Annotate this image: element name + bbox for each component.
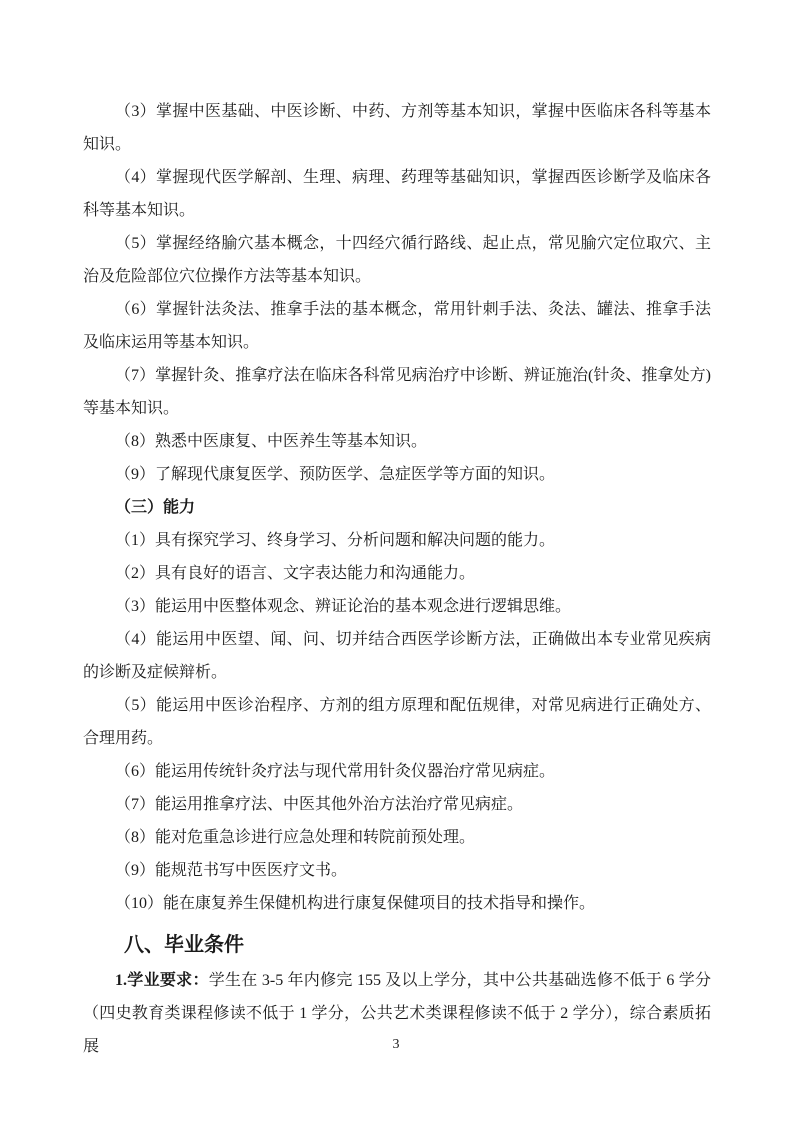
page-number: 3 [0,1034,792,1056]
paragraph-ability-8: （8）能对危重急诊进行应急处理和转院前预处理。 [83,821,711,854]
paragraph-knowledge-4: （4）掌握现代医学解剖、生理、病理、药理等基础知识，掌握西医诊断学及临床各科等基… [83,161,711,227]
document-body: （3）掌握中医基础、中医诊断、中药、方剂等基本知识，掌握中医临床各科等基本知识。… [83,95,711,1063]
paragraph-knowledge-5: （5）掌握经络腧穴基本概念，十四经穴循行路线、起止点，常见腧穴定位取穴、主治及危… [83,227,711,293]
paragraph-ability-9: （9）能规范书写中医医疗文书。 [83,854,711,887]
paragraph-knowledge-9: （9）了解现代康复医学、预防医学、急症医学等方面的知识。 [83,458,711,491]
chapter-heading-graduation-requirements: 八、毕业条件 [83,926,711,964]
paragraph-ability-7: （7）能运用推拿疗法、中医其他外治方法治疗常见病症。 [83,788,711,821]
paragraph-ability-6: （6）能运用传统针灸疗法与现代常用针灸仪器治疗常见病症。 [83,755,711,788]
academic-requirements-label: 1.学业要求： [115,972,209,989]
paragraph-ability-3: （3）能运用中医整体观念、辨证论治的基本观念进行逻辑思维。 [83,590,711,623]
paragraph-ability-2: （2）具有良好的语言、文字表达能力和沟通能力。 [83,557,711,590]
document-page: （3）掌握中医基础、中医诊断、中药、方剂等基本知识，掌握中医临床各科等基本知识。… [0,0,792,1121]
paragraph-knowledge-3: （3）掌握中医基础、中医诊断、中药、方剂等基本知识，掌握中医临床各科等基本知识。 [83,95,711,161]
paragraph-knowledge-6: （6）掌握针法灸法、推拿手法的基本概念，常用针刺手法、灸法、罐法、推拿手法及临床… [83,293,711,359]
paragraph-knowledge-8: （8）熟悉中医康复、中医养生等基本知识。 [83,425,711,458]
paragraph-ability-4: （4）能运用中医望、闻、问、切并结合西医学诊断方法，正确做出本专业常见疾病的诊断… [83,623,711,689]
paragraph-knowledge-7: （7）掌握针灸、推拿疗法在临床各科常见病治疗中诊断、辨证施治(针灸、推拿处方)等… [83,359,711,425]
paragraph-ability-10: （10）能在康复养生保健机构进行康复保健项目的技术指导和操作。 [83,887,711,920]
section-heading-ability: （三）能力 [83,491,711,524]
paragraph-ability-5: （5）能运用中医诊治程序、方剂的组方原理和配伍规律，对常见病进行正确处方、合理用… [83,689,711,755]
paragraph-ability-1: （1）具有探究学习、终身学习、分析问题和解决问题的能力。 [83,524,711,557]
